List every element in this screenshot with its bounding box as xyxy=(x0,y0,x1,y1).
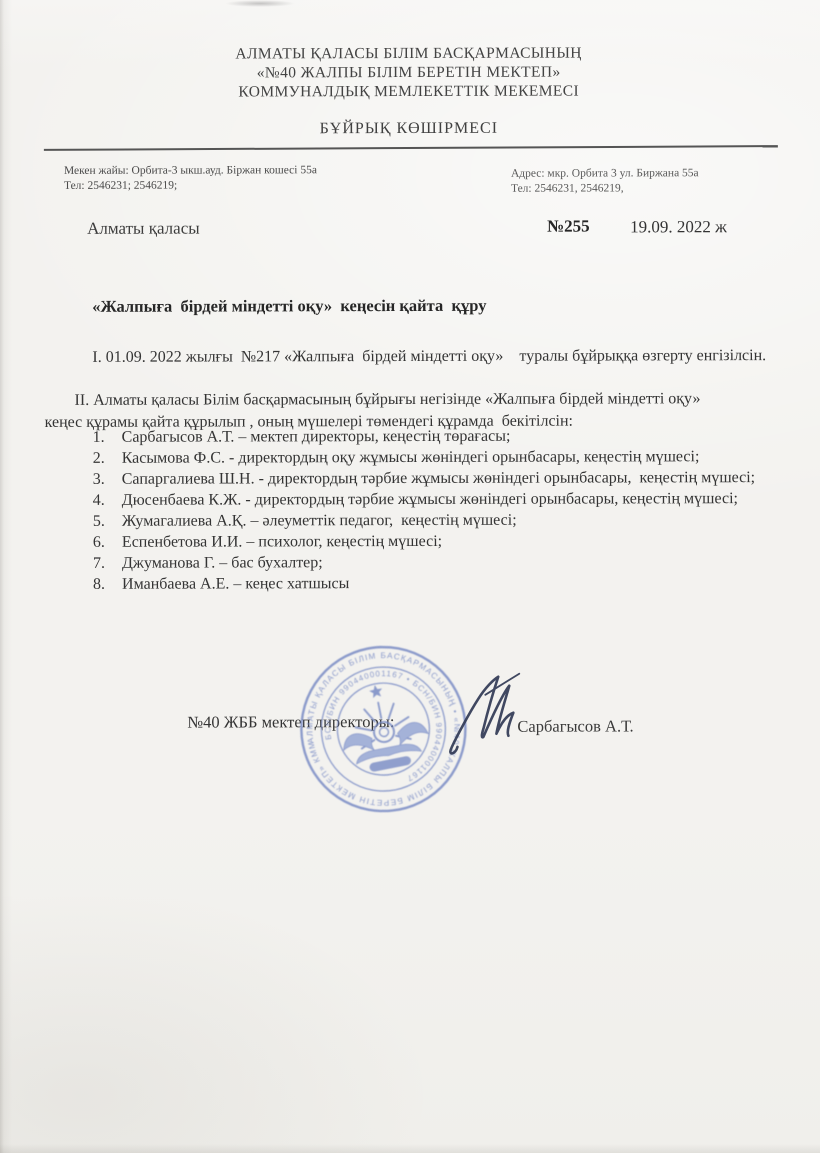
org-name-line1: АЛМАТЫ ҚАЛАСЫ БІЛІМ БАСҚАРМАСЫНЫҢ xyxy=(0,43,819,64)
list-item: 6. Еспенбетова И.И. – психолог, кеңестің… xyxy=(93,531,765,553)
list-item-number: 8. xyxy=(93,575,122,595)
list-item-text: Еспенбетова И.И. – психолог, кеңестің мү… xyxy=(122,531,762,553)
list-item-number: 6. xyxy=(93,533,122,553)
order-date: 19.09. 2022 ж xyxy=(630,217,727,237)
list-item-number: 3. xyxy=(93,470,122,490)
council-members-list: 1. Сарбагысов А.Т. – мектеп директоры, к… xyxy=(93,426,765,596)
issuing-city: Алматы қаласы xyxy=(87,219,200,239)
contact-block-russian: Адрес: мкр. Орбита 3 ул. Биржана 55а Тел… xyxy=(511,166,699,196)
paragraph-item-1: I. 01.09. 2022 жылғы №217 «Жалпыға бірде… xyxy=(45,345,790,368)
list-item: 4. Дюсенбаева К.Ж. - директордың тәрбие … xyxy=(93,489,765,511)
phone-kazakh: Тел: 2546231; 2546219; xyxy=(64,178,317,194)
list-item-text: Дюсенбаева К.Ж. - директордың тәрбие жұм… xyxy=(122,489,762,511)
header-divider-line xyxy=(44,145,778,151)
contact-block-kazakh: Мекен жайы: Орбита-3 ыкш.ауд. Біржан кош… xyxy=(64,163,317,194)
org-name-line2: «№40 ЖАЛПЫ БІЛІМ БЕРЕТІН МЕКТЕП» xyxy=(0,62,819,83)
document-type-heading: БҰЙРЫҚ КӨШІРМЕСІ xyxy=(0,119,819,139)
list-item-text: Джуманова Г. – бас бухалтер; xyxy=(122,552,762,574)
list-item: 2. Касымова Ф.С. - директордың оқу жұмыс… xyxy=(93,447,765,469)
list-item: 7. Джуманова Г. – бас бухалтер; xyxy=(93,552,765,574)
phone-russian: Тел: 2546231, 2546219, xyxy=(511,181,699,196)
list-item-text: Иманбаева А.Е. – кеңес хатшысы xyxy=(122,573,762,595)
list-item-number: 7. xyxy=(93,554,122,574)
org-name-line3: КОММУНАЛДЫҚ МЕМЛЕКЕТТІК МЕКЕМЕСІ xyxy=(0,81,819,102)
list-item-text: Касымова Ф.С. - директордың оқу жұмысы ж… xyxy=(122,447,762,469)
list-item-text: Жумагалиева А.Қ. – әлеуметтік педагог, к… xyxy=(122,510,762,532)
list-item: 1. Сарбагысов А.Т. – мектеп директоры, к… xyxy=(93,426,765,448)
address-kazakh: Мекен жайы: Орбита-3 ыкш.ауд. Біржан кош… xyxy=(64,163,317,179)
list-item: 5. Жумагалиева А.Қ. – әлеуметтік педагог… xyxy=(93,510,765,532)
order-title: «Жалпыға бірдей міндетті оқу» кеңесін қа… xyxy=(92,295,752,317)
list-item-text: Сарбагысов А.Т. – мектеп директоры, кеңе… xyxy=(122,426,762,448)
scanned-order-copy-page: АЛМАТЫ ҚАЛАСЫ БІЛІМ БАСҚАРМАСЫНЫҢ «№40 Ж… xyxy=(0,0,820,1153)
list-item: 3. Сапаргалиева Ш.Н. - директордың тәрби… xyxy=(93,468,765,490)
list-item-number: 5. xyxy=(93,512,122,532)
list-item-text: Сапаргалиева Ш.Н. - директордың тәрбие ж… xyxy=(122,468,762,490)
handwritten-signature-icon xyxy=(445,671,521,759)
address-russian: Адрес: мкр. Орбита 3 ул. Биржана 55а xyxy=(511,166,699,181)
list-item: 8. Иманбаева А.Е. – кеңес хатшысы xyxy=(93,573,765,595)
letterhead: АЛМАТЫ ҚАЛАСЫ БІЛІМ БАСҚАРМАСЫНЫҢ «№40 Ж… xyxy=(0,43,819,139)
order-number: №255 xyxy=(547,217,590,237)
list-item-number: 4. xyxy=(93,491,122,511)
list-item-number: 1. xyxy=(93,428,122,448)
list-item-number: 2. xyxy=(93,449,122,469)
signatory-name: Сарбагысов А.Т. xyxy=(517,716,633,736)
